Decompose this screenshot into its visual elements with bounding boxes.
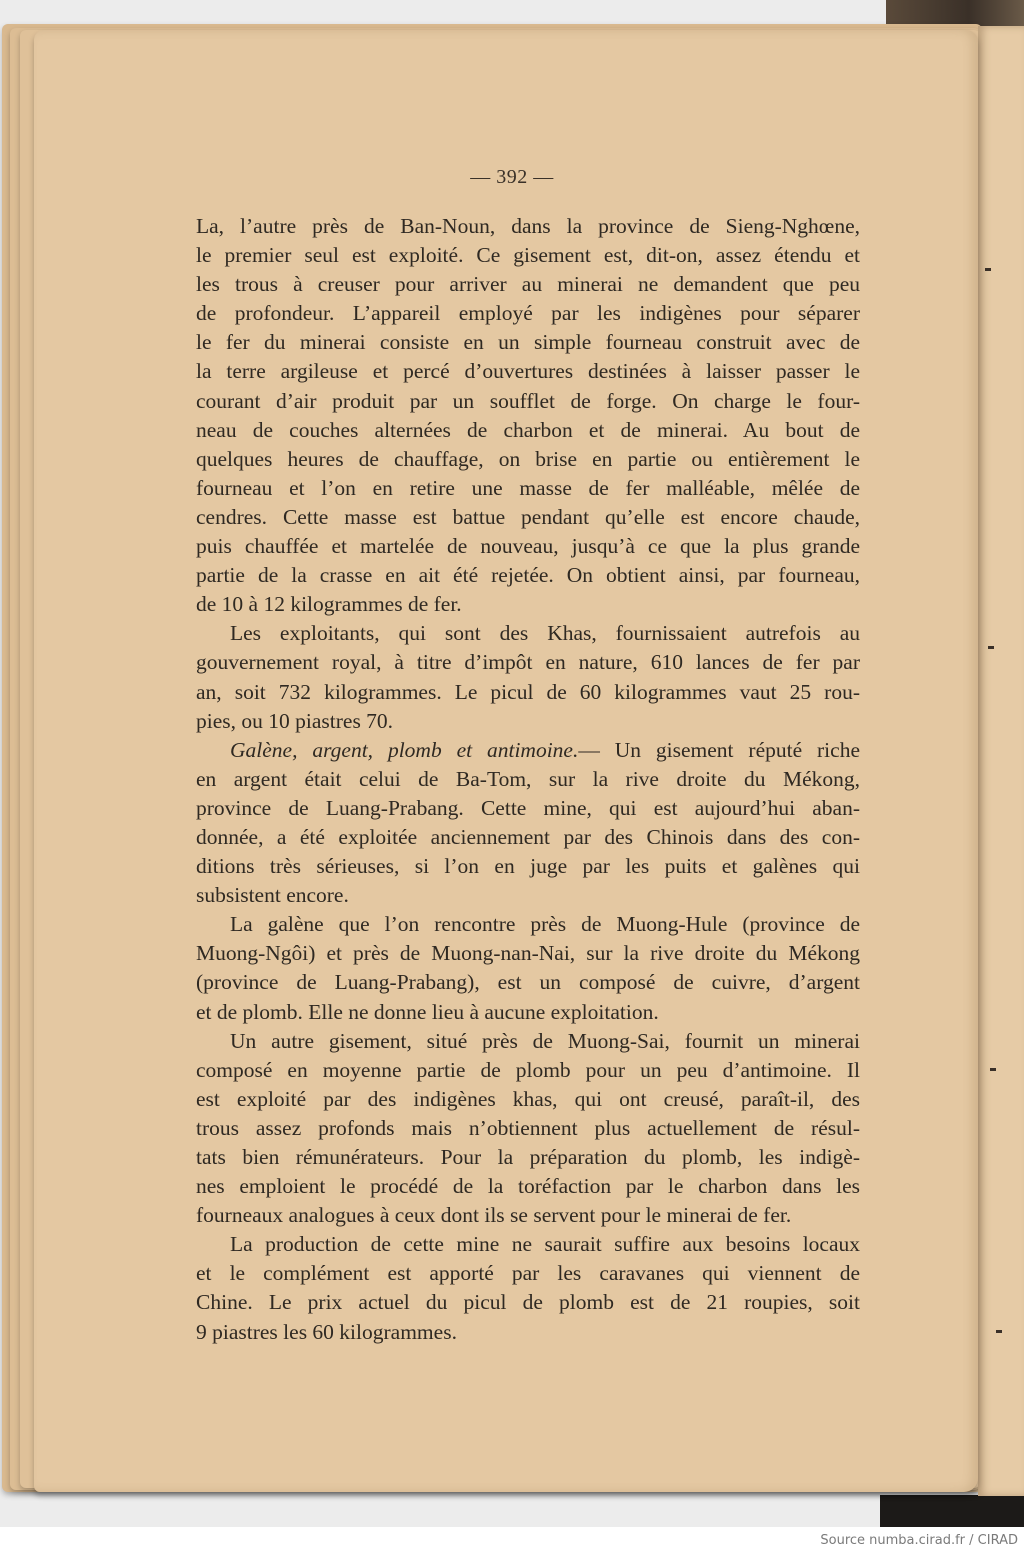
text-line: Galène, argent, plomb et antimoine.— Un …: [196, 736, 860, 765]
paragraph: Galène, argent, plomb et antimoine.— Un …: [196, 736, 860, 911]
text-line: 9 piastres les 60 kilogrammes.: [196, 1318, 860, 1347]
text-line: et de plomb. Elle ne donne lieu à aucune…: [196, 998, 860, 1027]
text-line: an, soit 732 kilogrammes. Le picul de 60…: [196, 678, 860, 707]
text-line: Chine. Le prix actuel du picul de plomb …: [196, 1288, 860, 1317]
facing-page-edge: [978, 26, 1024, 1496]
text-line: trous assez profonds mais n’obtiennent p…: [196, 1114, 860, 1143]
text-line: Muong-Ngôi) et près de Muong-nan-Nai, su…: [196, 939, 860, 968]
text-line: ditions très sérieuses, si l’on en juge …: [196, 852, 860, 881]
source-caption: Source numba.cirad.fr / CIRAD: [820, 1533, 1018, 1548]
text-line: fourneau et l’on en retire une masse de …: [196, 474, 860, 503]
book-cover-top: [886, 0, 1024, 26]
text-line: gouvernement royal, à titre d’impôt en n…: [196, 648, 860, 677]
text-line: La galène que l’on rencontre près de Muo…: [196, 910, 860, 939]
text-line: Un autre gisement, situé près de Muong-S…: [196, 1027, 860, 1056]
paragraph: La production de cette mine ne saurait s…: [196, 1230, 860, 1346]
text-line: fourneaux analogues à ceux dont ils se s…: [196, 1201, 860, 1230]
text-line: cendres. Cette masse est battue pendant …: [196, 503, 860, 532]
section-heading: Galène, argent, plomb et antimoine.: [230, 738, 578, 762]
text-line: le premier seul est exploité. Ce gisemen…: [196, 241, 860, 270]
book-cover-bottom: [880, 1495, 1024, 1527]
text-line: (province de Luang-Prabang), est un comp…: [196, 968, 860, 997]
text-line: le fer du minerai consiste en un simple …: [196, 328, 860, 357]
paragraph: Les exploitants, qui sont des Khas, four…: [196, 619, 860, 735]
text-line: de profondeur. L’appareil employé par le…: [196, 299, 860, 328]
paragraph: Un autre gisement, situé près de Muong-S…: [196, 1027, 860, 1231]
body-text: La, l’autre près de Ban-Noun, dans la pr…: [196, 212, 860, 1347]
margin-mark: [996, 1330, 1002, 1333]
text-line: partie de la crasse en ait été rejetée. …: [196, 561, 860, 590]
text-line: La, l’autre près de Ban-Noun, dans la pr…: [196, 212, 860, 241]
text-line: courant d’air produit par un soufflet de…: [196, 387, 860, 416]
paragraph: La, l’autre près de Ban-Noun, dans la pr…: [196, 212, 860, 619]
margin-mark: [990, 1068, 996, 1071]
text-line: en argent était celui de Ba-Tom, sur la …: [196, 765, 860, 794]
text-line: pies, ou 10 piastres 70.: [196, 707, 860, 736]
page-number: — 392 —: [0, 166, 1024, 189]
text-line: la terre argileuse et percé d’ouvertures…: [196, 357, 860, 386]
text-line: puis chauffée et martelée de nouveau, ju…: [196, 532, 860, 561]
text-line: et le complément est apporté par les car…: [196, 1259, 860, 1288]
text-line: les trous à creuser pour arriver au mine…: [196, 270, 860, 299]
text-line: donnée, a été exploitée anciennement par…: [196, 823, 860, 852]
text-line: subsistent encore.: [196, 881, 860, 910]
text-line: La production de cette mine ne saurait s…: [196, 1230, 860, 1259]
text-line: est exploité par des indigènes khas, qui…: [196, 1085, 860, 1114]
text-line: neau de couches alternées de charbon et …: [196, 416, 860, 445]
text-line: province de Luang-Prabang. Cette mine, q…: [196, 794, 860, 823]
margin-mark: [988, 646, 994, 649]
margin-mark: [985, 268, 991, 271]
text-line: composé en moyenne partie de plomb pour …: [196, 1056, 860, 1085]
text-line: Les exploitants, qui sont des Khas, four…: [196, 619, 860, 648]
text-line: de 10 à 12 kilogrammes de fer.: [196, 590, 860, 619]
text-line: tats bien rémunérateurs. Pour la prépara…: [196, 1143, 860, 1172]
text-line: quelques heures de chauffage, on brise e…: [196, 445, 860, 474]
paragraph: La galène que l’on rencontre près de Muo…: [196, 910, 860, 1026]
text-line: nes emploient le procédé de la toréfacti…: [196, 1172, 860, 1201]
